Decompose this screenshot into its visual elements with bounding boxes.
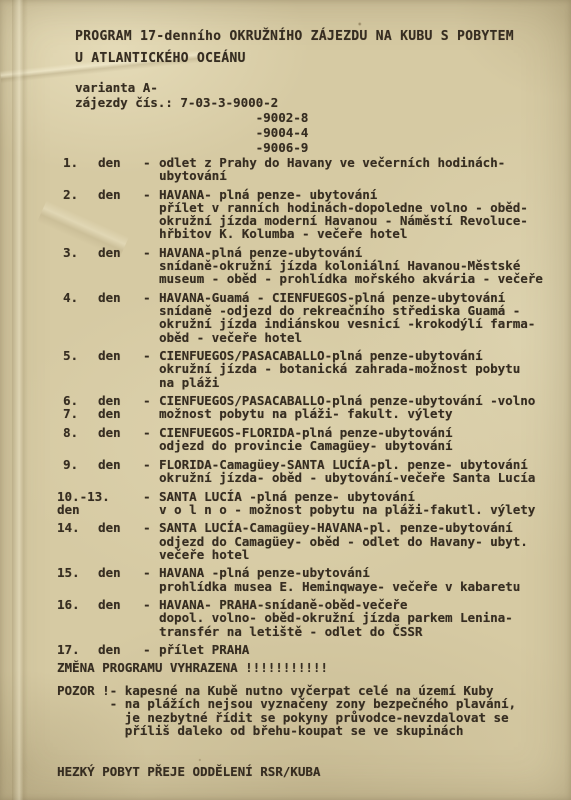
document-title: PROGRAM 17-denního OKRUŽNÍHO ZÁJEZDU NA … bbox=[75, 26, 514, 70]
warning-line: - na plážích nejsou vyznačeny zony bezpe… bbox=[57, 697, 516, 710]
itinerary-item-days-10-13: 10.-13. - SANTA LUCÍA -plná penze- ubyto… bbox=[57, 490, 543, 516]
day-unit: den bbox=[57, 503, 80, 516]
day-unit: den bbox=[98, 407, 143, 420]
scanned-document: PROGRAM 17-denního OKRUŽNÍHO ZÁJEZDU NA … bbox=[0, 0, 571, 800]
description-line: okružní jízda indiánskou vesnicí -krokod… bbox=[159, 317, 543, 330]
day-separator: - bbox=[143, 291, 159, 344]
itinerary-item-day-15: 15. den - HAVANA -plná penze-ubytování p… bbox=[57, 566, 543, 592]
day-description: HAVANA-plná penze-ubytování snídaně-okru… bbox=[159, 246, 543, 286]
description-line: okružní jízda- oběd - ubytování-večeře S… bbox=[159, 471, 543, 484]
day-number: 5. bbox=[57, 349, 98, 389]
itinerary-item-day-9: 9. den - FLORIDA-Camagüey-SANTA LUCÍA-pl… bbox=[57, 458, 543, 484]
day-description: FLORIDA-Camagüey-SANTA LUCÍA-pl. penze- … bbox=[159, 458, 543, 484]
description-line: na pláži bbox=[159, 376, 543, 389]
day-number: 16. bbox=[57, 598, 98, 638]
tour-numbers-line: -9006-9 bbox=[75, 140, 308, 155]
day-description: SANTA LUCÍA-Camagüey-HAVANA-pl. penze-ub… bbox=[159, 521, 543, 561]
day-number: 14. bbox=[57, 521, 98, 561]
day-description: možnost pobytu na pláži- fakult. výlety bbox=[159, 407, 543, 420]
description-line: možnost pobytu na pláži- fakult. výlety bbox=[159, 407, 543, 420]
day-separator: - bbox=[143, 521, 159, 561]
description-line: v o l n o - možnost pobytu na pláži-faku… bbox=[159, 503, 543, 516]
itinerary-item-day-16: 16. den - HAVANA- PRAHA-snídaně-oběd-več… bbox=[57, 598, 543, 638]
change-notice: ZMĚNA PROGRAMU VYHRAZENA !!!!!!!!!!! bbox=[57, 661, 328, 674]
day-number: 15. bbox=[57, 566, 98, 592]
paper-crease-vertical bbox=[12, 0, 28, 800]
day-description: HAVANA -plná penze-ubytování prohlídka m… bbox=[159, 566, 543, 592]
title-line-2: U ATLANTICKÉHO OCEÁNU bbox=[75, 48, 514, 70]
itinerary-item-day-3: 3. den - HAVANA-plná penze-ubytování sní… bbox=[57, 246, 543, 286]
day-unit: den bbox=[98, 643, 143, 656]
tour-numbers-line: zájezdy čís.: 7-03-3-9000-2 bbox=[75, 95, 308, 110]
day-unit: den bbox=[98, 521, 143, 561]
itinerary-item-day-1: 1. den - odlet z Prahy do Havany ve veče… bbox=[57, 156, 543, 182]
day-description: CIENFUEGOS/PASACABALLO-plná penze-ubytov… bbox=[159, 349, 543, 389]
description-line: HAVANA -plná penze-ubytování bbox=[159, 566, 543, 579]
day-separator: - bbox=[143, 349, 159, 389]
tour-numbers-line: -9002-8 bbox=[75, 110, 308, 125]
description-line: přílet PRAHA bbox=[159, 643, 543, 656]
day-unit: den bbox=[98, 426, 143, 452]
day-description: přílet PRAHA bbox=[159, 643, 543, 656]
day-unit: den bbox=[98, 188, 143, 241]
day-separator: - bbox=[143, 394, 159, 407]
closing-line: HEZKÝ POBYT PŘEJE ODDĚLENÍ RSR/KUBA bbox=[57, 765, 320, 778]
day-number: 2. bbox=[57, 188, 98, 241]
itinerary-item-day-4: 4. den - HAVANA-Guamá - CIENFUEGOS-plná … bbox=[57, 291, 543, 344]
day-number: 7. bbox=[57, 407, 98, 420]
description-line: dopol. volno- oběd-okružní jízda parkem … bbox=[159, 611, 543, 624]
itinerary-item-day-14: 14. den - SANTA LUCÍA-Camagüey-HAVANA-pl… bbox=[57, 521, 543, 561]
description-line: SANTA LUCÍA-Camagüey-HAVANA-pl. penze-ub… bbox=[159, 521, 543, 534]
day-number: 1. bbox=[57, 156, 98, 182]
warning-line: POZOR !- kapesné na Kubě nutno vyčerpat … bbox=[57, 684, 516, 697]
itinerary-item-day-17: 17. den - přílet PRAHA bbox=[57, 643, 543, 656]
description-line: prohlídka musea E. Heminqwaye- večeře v … bbox=[159, 580, 543, 593]
day-unit: den bbox=[98, 598, 143, 638]
day-separator: - bbox=[143, 156, 159, 182]
day-separator: - bbox=[143, 598, 159, 638]
day-number: 17. bbox=[57, 643, 98, 656]
itinerary-item-day-5: 5. den - CIENFUEGOS/PASACABALLO-plná pen… bbox=[57, 349, 543, 389]
tour-numbers-line: -9004-4 bbox=[75, 125, 308, 140]
day-separator: - bbox=[143, 458, 159, 484]
variant-line: varianta A- bbox=[75, 80, 308, 95]
day-description: odlet z Prahy do Havany ve večerních hod… bbox=[159, 156, 543, 182]
warning-line: je nezbytné řídit se pokyny průvodce-nev… bbox=[57, 711, 516, 724]
day-description: HAVANA- plná penze- ubytování přílet v r… bbox=[159, 188, 543, 241]
day-separator: - bbox=[143, 188, 159, 241]
description-line: odjezd do provincie Camagüey- ubytování bbox=[159, 439, 543, 452]
day-unit: den bbox=[98, 156, 143, 182]
description-line: hřbitov K. Kolumba - večeře hotel bbox=[159, 227, 543, 240]
warning-line: příliš daleko od břehu-koupat se ve skup… bbox=[57, 724, 516, 737]
day-number: 8. bbox=[57, 426, 98, 452]
description-line: ubytování bbox=[159, 169, 543, 182]
title-line-1: PROGRAM 17-denního OKRUŽNÍHO ZÁJEZDU NA … bbox=[75, 26, 514, 48]
day-number: 3. bbox=[57, 246, 98, 286]
itinerary-item-day-7: 7. den možnost pobytu na pláži- fakult. … bbox=[57, 407, 543, 420]
day-separator: - bbox=[143, 566, 159, 592]
day-separator: - bbox=[143, 246, 159, 286]
itinerary-item-day-2: 2. den - HAVANA- plná penze- ubytování p… bbox=[57, 188, 543, 241]
day-unit: den bbox=[98, 246, 143, 286]
day-unit: den bbox=[98, 566, 143, 592]
description-line: večeře hotel bbox=[159, 548, 543, 561]
day-unit: den bbox=[98, 349, 143, 389]
description-line: odjezd do Camagüey- oběd - odlet do Hava… bbox=[159, 535, 543, 548]
day-unit: den bbox=[98, 458, 143, 484]
itinerary-list: 1. den - odlet z Prahy do Havany ve veče… bbox=[57, 156, 543, 662]
day-separator: - bbox=[143, 490, 159, 516]
day-number: 9. bbox=[57, 458, 98, 484]
day-separator bbox=[143, 407, 159, 420]
variant-block: varianta A- zájezdy čís.: 7-03-3-9000-2 … bbox=[75, 80, 308, 155]
day-unit: den bbox=[98, 291, 143, 344]
day-description: HAVANA- PRAHA-snídaně-oběd-večeře dopol.… bbox=[159, 598, 543, 638]
itinerary-item-day-8: 8. den - CIENFUEGOS-FLORIDA-plná penze-u… bbox=[57, 426, 543, 452]
description-line: museum - oběd - prohlídka mořského akvár… bbox=[159, 272, 543, 285]
day-description: HAVANA-Guamá - CIENFUEGOS-plná penze-uby… bbox=[159, 291, 543, 344]
day-separator: - bbox=[143, 426, 159, 452]
day-description: CIENFUEGOS-FLORIDA-plná penze-ubytování … bbox=[159, 426, 543, 452]
description-line: okružní jízda - botanická zahrada-možnos… bbox=[159, 362, 543, 375]
description-line: oběd - večeře hotel bbox=[159, 331, 543, 344]
day-description: SANTA LUCÍA -plná penze- ubytování v o l… bbox=[159, 490, 543, 516]
warning-block: POZOR !- kapesné na Kubě nutno vyčerpat … bbox=[57, 684, 516, 737]
day-number: 4. bbox=[57, 291, 98, 344]
description-line: SANTA LUCÍA -plná penze- ubytování bbox=[159, 490, 543, 503]
day-separator: - bbox=[143, 643, 159, 656]
description-line: transfér na letiště - odlet do ČSSR bbox=[159, 625, 543, 638]
